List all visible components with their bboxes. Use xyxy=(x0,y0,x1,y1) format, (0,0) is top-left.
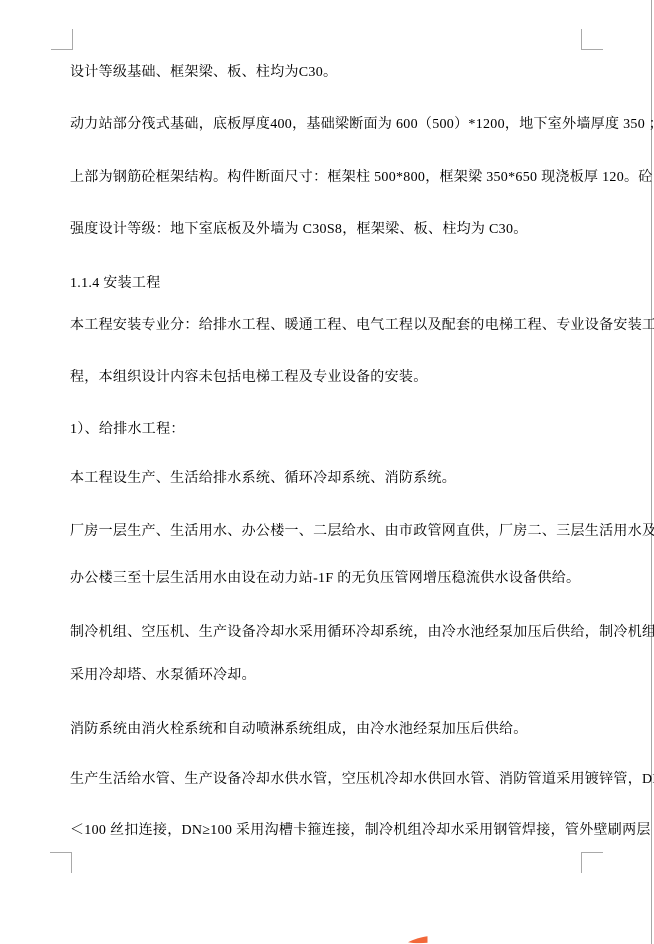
paragraph-line: 动力站部分筏式基础，底板厚度400，基础梁断面为 600（500）*1200，地… xyxy=(70,117,610,133)
footer-swoosh-icon xyxy=(408,936,430,944)
crop-mark-top-left xyxy=(51,29,73,50)
paragraph-line: 消防系统由消火栓系统和自动喷淋系统组成，由冷水池经泵加压后供给。 xyxy=(70,722,528,738)
crop-mark-bottom-right xyxy=(581,852,603,873)
paragraph-line: 采用冷却塔、水泵循环冷却。 xyxy=(70,668,256,684)
list-heading: 1）、给排水工程： xyxy=(70,422,185,438)
paragraph-line: 厂房一层生产、生活用水、办公楼一、二层给水、由市政管网直供，厂房二、三层生活用水… xyxy=(70,524,610,540)
paragraph-line: 上部为钢筋砼框架结构。构件断面尺寸：框架柱 500*800，框架梁 350*65… xyxy=(70,170,610,186)
page-edge-line xyxy=(651,0,652,944)
paragraph-line: 制冷机组、空压机、生产设备冷却水采用循环冷却系统，由冷水池经泵加压后供给，制冷机… xyxy=(70,625,610,641)
paragraph-line: ＜100 丝扣连接，DN≥100 采用沟槽卡箍连接，制冷机组冷却水采用钢管焊接，… xyxy=(70,823,610,839)
paragraph-line: 生产生活给水管、生产设备冷却水供水管，空压机冷却水供回水管、消防管道采用镀锌管，… xyxy=(70,772,610,788)
section-heading: 1.1.4 安装工程 xyxy=(70,276,161,292)
footer-swoosh-shape xyxy=(408,936,428,943)
crop-mark-bottom-left xyxy=(50,852,72,873)
paragraph-line: 程，本组织设计内容未包括电梯工程及专业设备的安装。 xyxy=(70,370,428,386)
paragraph-line: 本工程设生产、生活给排水系统、循环冷却系统、消防系统。 xyxy=(70,471,456,487)
paragraph-line: 办公楼三至十层生活用水由设在动力站-1F 的无负压管网增压稳流供水设备供给。 xyxy=(70,571,580,587)
paragraph-line: 设计等级基础、框架梁、板、柱均为C30。 xyxy=(70,65,337,81)
document-page: 设计等级基础、框架梁、板、柱均为C30。 动力站部分筏式基础，底板厚度400，基… xyxy=(0,0,654,944)
crop-mark-top-right xyxy=(581,29,603,50)
paragraph-line: 本工程安装专业分：给排水工程、暖通工程、电气工程以及配套的电梯工程、专业设备安装… xyxy=(70,318,610,334)
paragraph-line: 强度设计等级：地下室底板及外墙为 C30S8，框架梁、板、柱均为 C30。 xyxy=(70,222,528,238)
